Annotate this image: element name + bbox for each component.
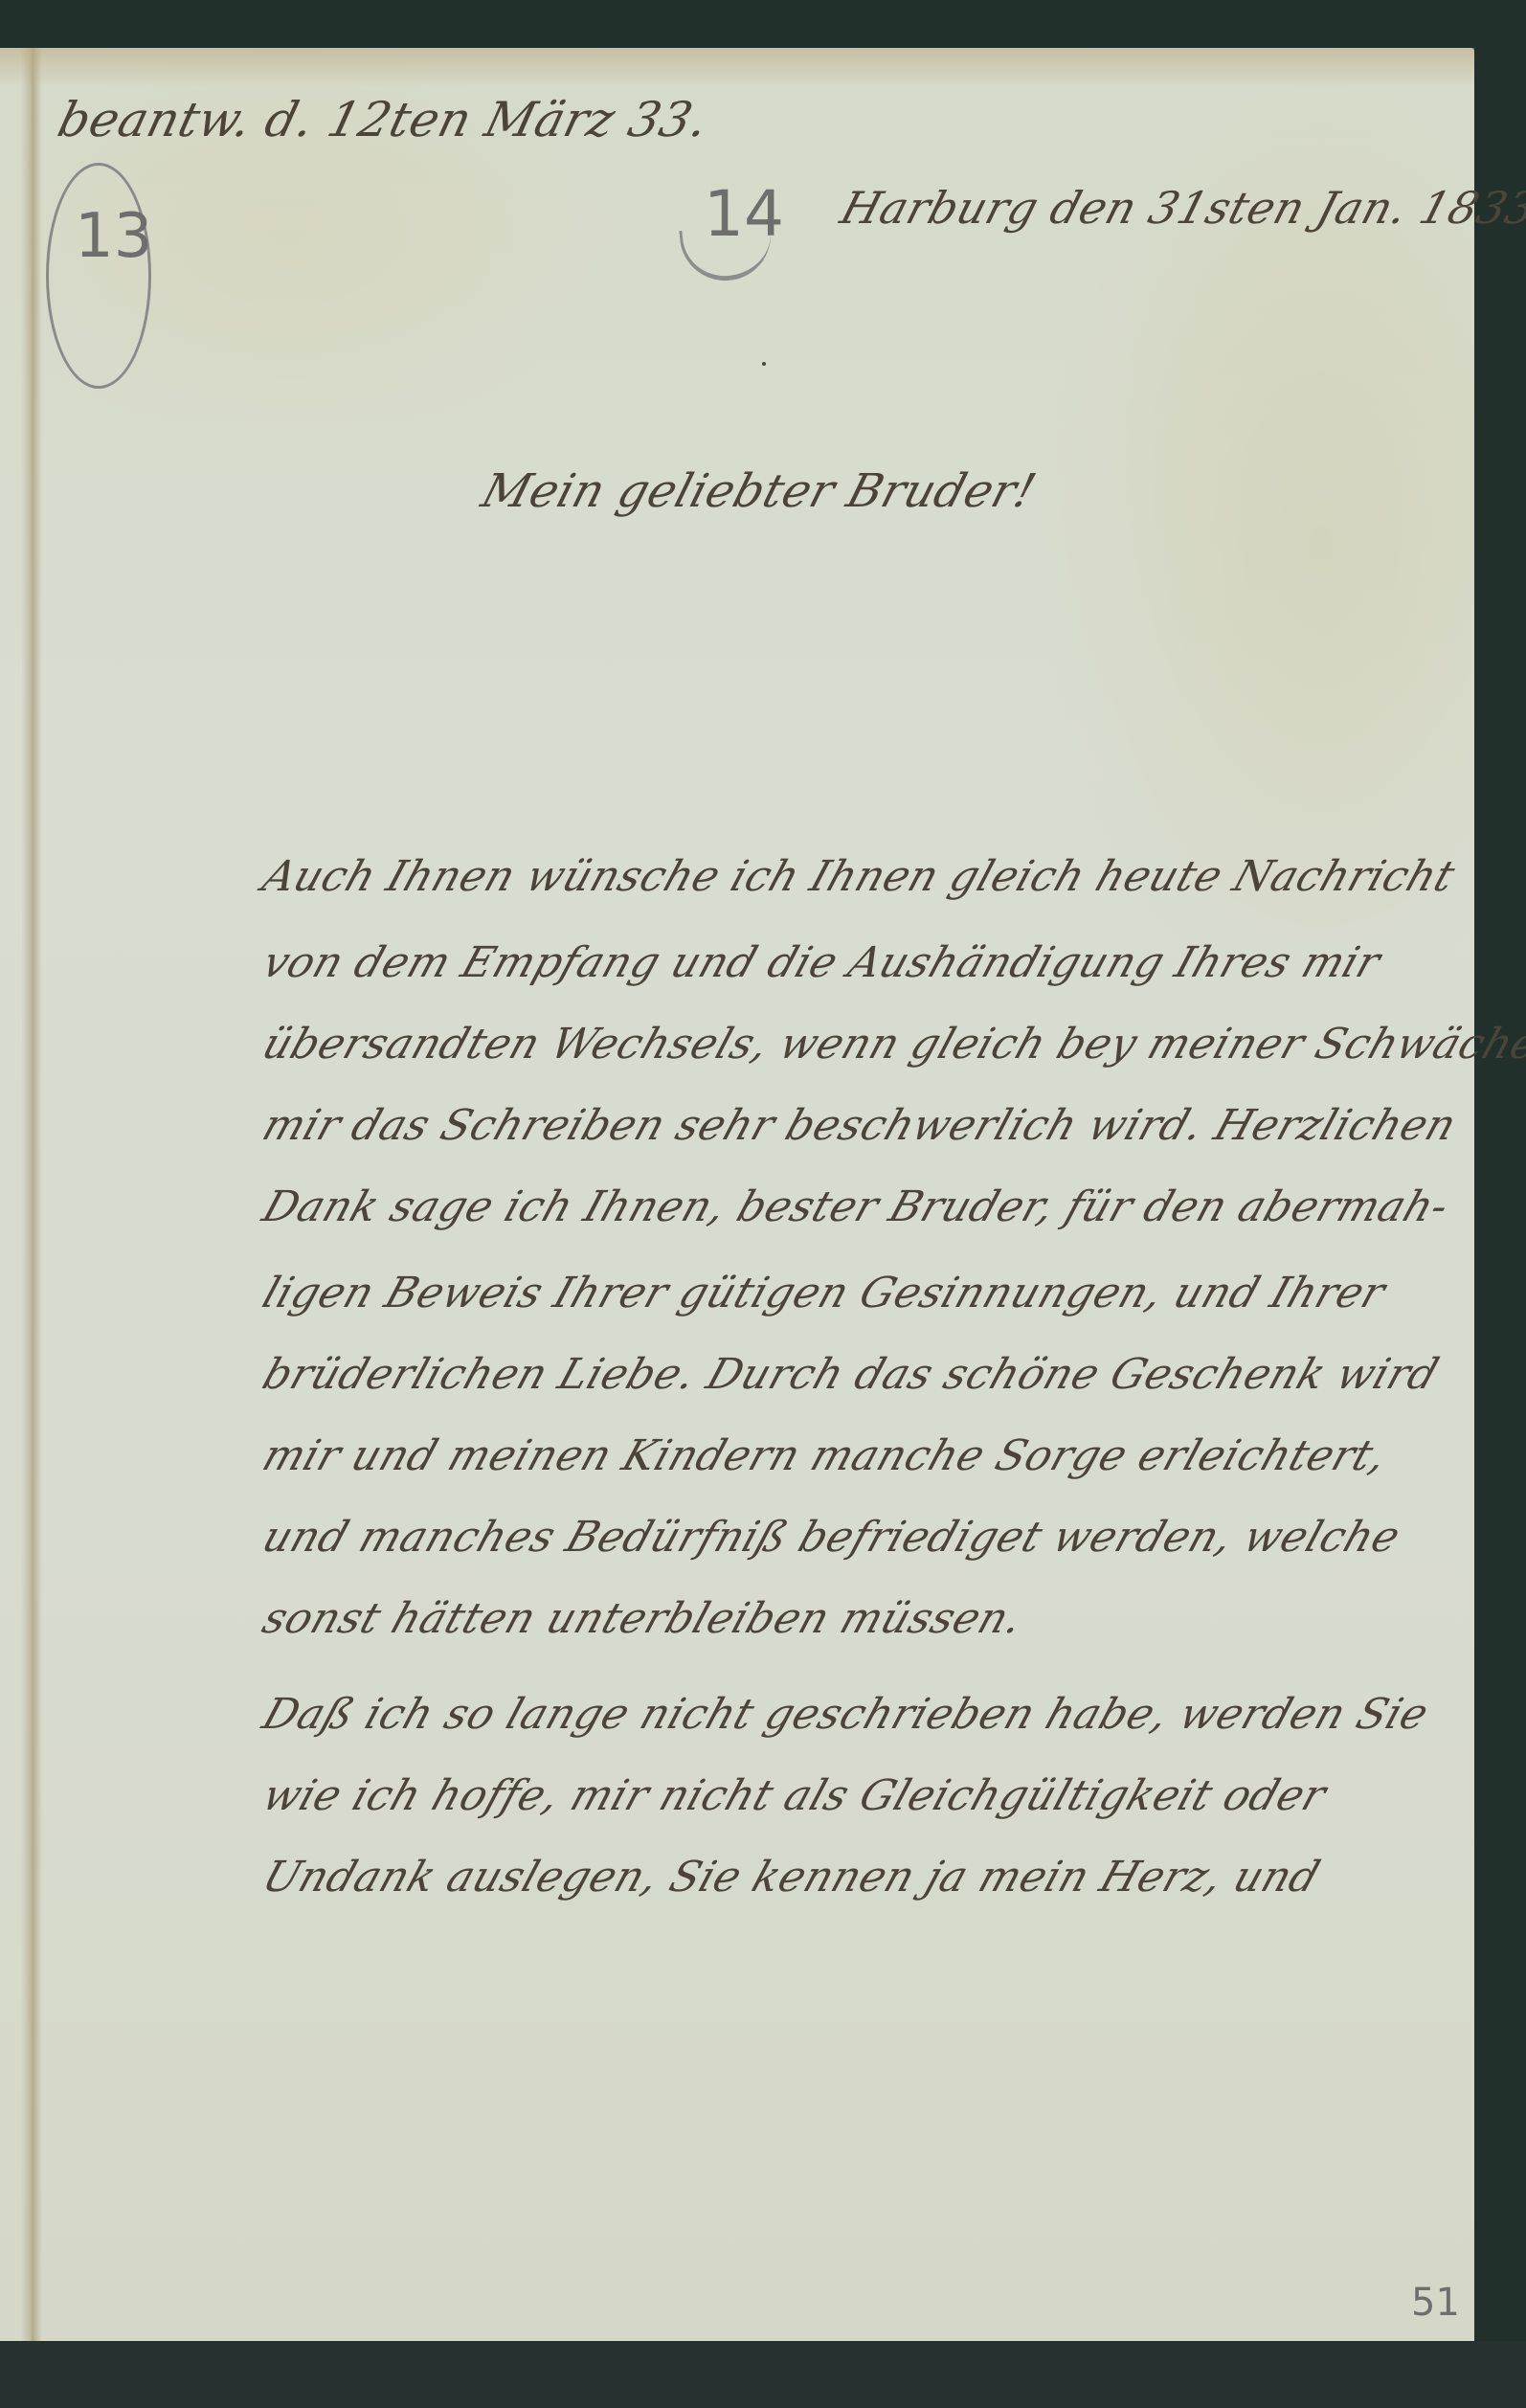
- archive-page-number: 51: [1411, 2281, 1460, 2325]
- mount-border-right: [1474, 0, 1526, 2408]
- body-line-13: Undank auslegen, Sie kennen ja mein Herz…: [257, 1853, 1326, 1902]
- ink-speck: [762, 362, 766, 366]
- body-line-3: übersandten Wechsels, wenn gleich bey me…: [257, 1020, 1526, 1069]
- body-line-11: Daß ich so lange nicht geschrieben habe,…: [257, 1690, 1435, 1739]
- body-line-8: mir und meinen Kindern manche Sorge erle…: [257, 1431, 1393, 1480]
- circled-archive-number: 13: [75, 201, 152, 272]
- circled-archive-mark: [46, 163, 151, 389]
- body-line-2: von dem Empfang und die Aushändigung Ihr…: [257, 938, 1386, 987]
- body-line-5: Dank sage ich Ihnen, bester Bruder, für …: [257, 1182, 1455, 1231]
- body-line-1: Auch Ihnen wünsche ich Ihnen gleich heut…: [257, 852, 1461, 901]
- mount-border-top: [0, 0, 1526, 50]
- body-line-4: mir das Schreiben sehr beschwerlich wird…: [257, 1101, 1463, 1150]
- body-line-7: brüderlichen Liebe. Durch das schöne Ges…: [257, 1350, 1445, 1399]
- body-line-9: und manches Bedürfniß befriediget werden…: [257, 1513, 1406, 1562]
- mount-border-bottom: [0, 2341, 1526, 2408]
- paper-edge-stain: [0, 48, 1474, 86]
- paper-fold-stain: [21, 48, 42, 2341]
- body-line-12: wie ich hoffe, mir nicht als Gleichgülti…: [257, 1771, 1333, 1820]
- body-line-10: sonst hätten unterbleiben müssen.: [257, 1594, 1029, 1643]
- reply-annotation: beantw. d. 12ten März 33.: [53, 92, 714, 147]
- body-line-6: ligen Beweis Ihrer gütigen Gesinnungen, …: [257, 1269, 1391, 1317]
- salutation: Mein geliebter Bruder!: [476, 464, 1043, 518]
- place-and-date: Harburg den 31sten Jan. 1833.: [835, 182, 1526, 234]
